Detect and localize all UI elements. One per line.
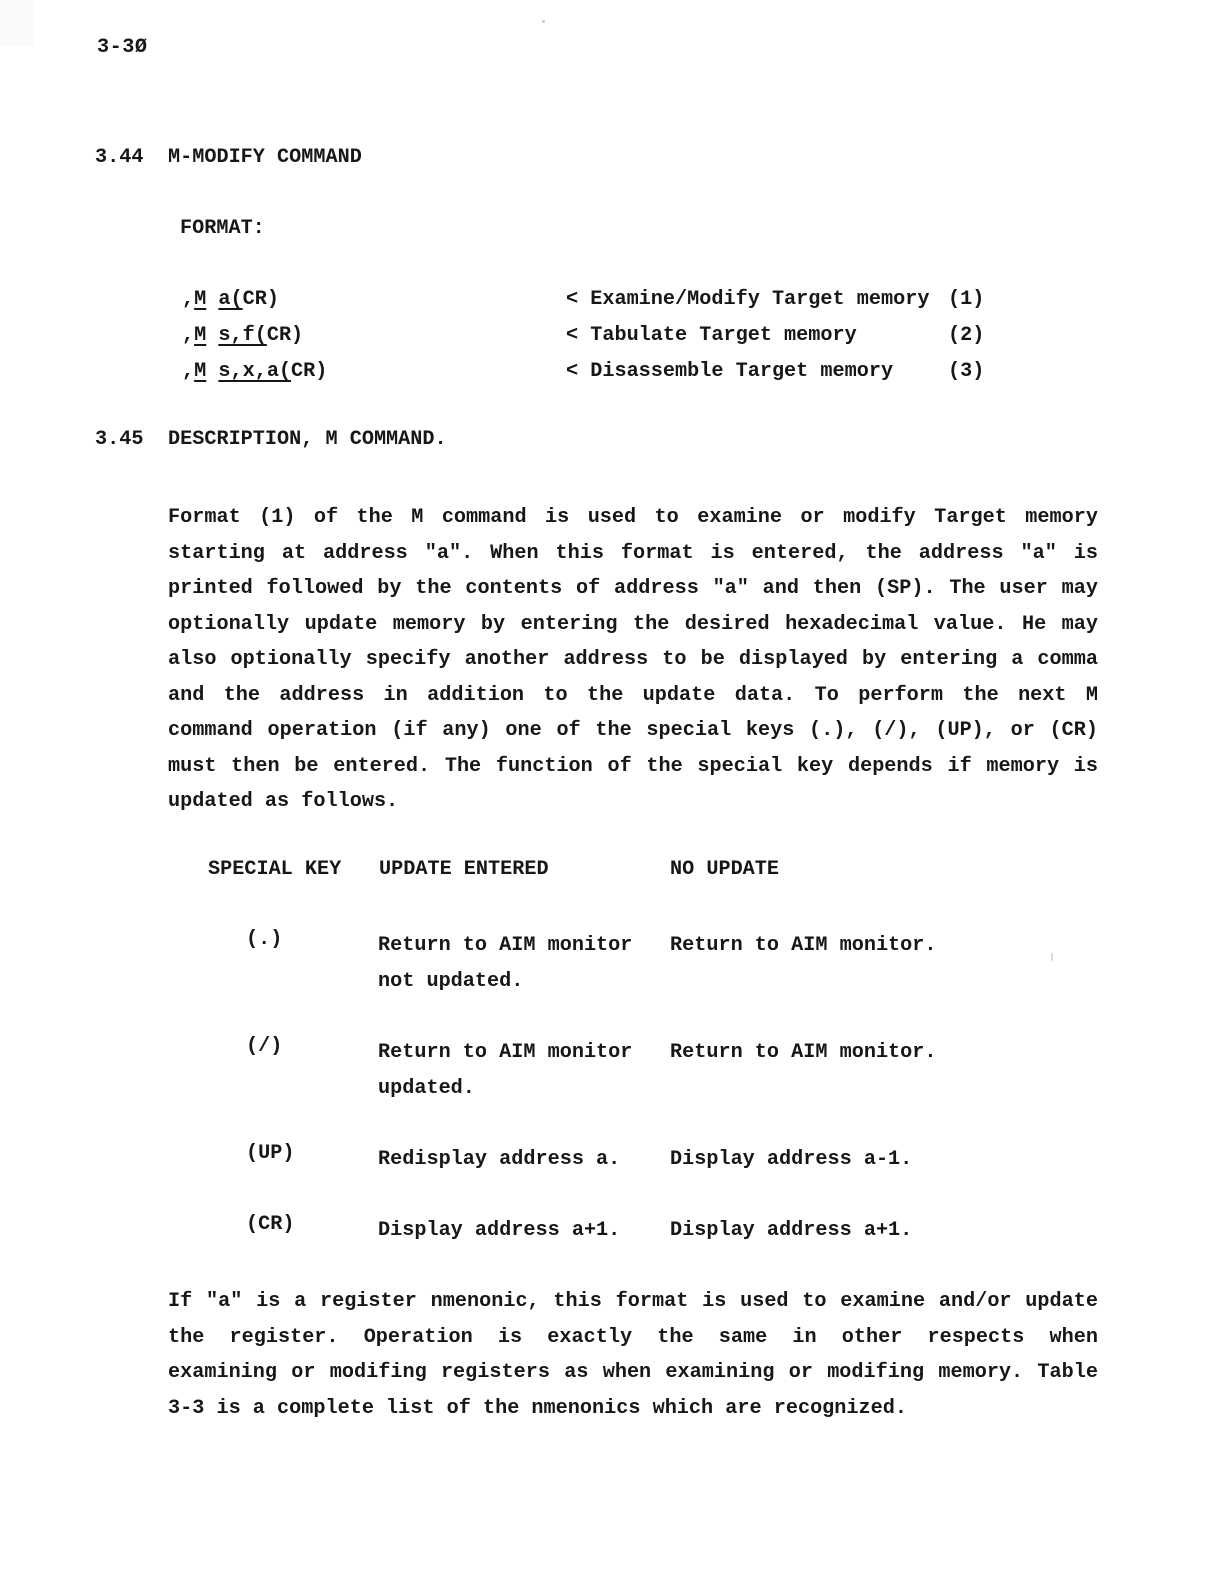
command-letter-underlined: M: [194, 360, 206, 383]
scan-speck: [542, 20, 545, 23]
command-letter-underlined: M: [194, 324, 206, 347]
command-letter-underlined: M: [194, 288, 206, 311]
update-line: updated.: [378, 1071, 668, 1107]
format-label: FORMAT:: [180, 217, 265, 240]
command-text: ,Ma(CR): [182, 288, 279, 311]
paragraph-line: examining or modifing registers as when …: [168, 1355, 1098, 1391]
command-rest: CR): [243, 288, 279, 311]
command-prefix: ,: [182, 288, 194, 311]
special-key-cell: (.): [246, 928, 282, 951]
format-number: (3): [948, 360, 984, 383]
description-paragraph: Format (1) of the M command is used to e…: [168, 500, 1098, 820]
section-heading-3-45: 3.45 DESCRIPTION, M COMMAND.: [95, 428, 447, 451]
command-text: ,Ms,f(CR): [182, 324, 303, 347]
scan-speck: [1051, 953, 1053, 961]
no-update-cell: Display address a+1.: [670, 1213, 970, 1249]
paragraph-line: must then be entered. The function of th…: [168, 749, 1098, 785]
paragraph-line: If "a" is a register nmenonic, this form…: [168, 1284, 1098, 1320]
paragraph-line: also optionally specify another address …: [168, 642, 1098, 678]
special-key-table-header: SPECIAL KEY UPDATE ENTERED NO UPDATE: [0, 858, 1224, 884]
special-key-cell: (/): [246, 1035, 282, 1058]
section-title: M-MODIFY COMMAND: [168, 146, 362, 169]
section-number: 3.44: [95, 146, 168, 169]
update-entered-cell: Return to AIM monitor not updated.: [378, 928, 668, 999]
command-prefix: ,: [182, 360, 194, 383]
closing-paragraph: If "a" is a register nmenonic, this form…: [168, 1284, 1098, 1426]
no-update-cell: Return to AIM monitor.: [670, 928, 970, 964]
special-key-cell: (CR): [246, 1213, 294, 1236]
paragraph-line: Format (1) of the M command is used to e…: [168, 500, 1098, 536]
page-number: 3-3Ø: [97, 36, 147, 59]
format-line-tabulate: ,Ms,f(CR) < Tabulate Target memory (2): [182, 324, 1182, 360]
paragraph-line: updated as follows.: [168, 784, 1098, 820]
format-description: < Examine/Modify Target memory: [566, 288, 929, 311]
command-args-underlined: s,x,a(: [218, 360, 291, 383]
no-update-cell: Display address a-1.: [670, 1142, 970, 1178]
format-description: < Disassemble Target memory: [566, 360, 893, 383]
column-header-update-entered: UPDATE ENTERED: [379, 858, 549, 881]
format-line-examine-modify: ,Ma(CR) < Examine/Modify Target memory (…: [182, 288, 1182, 324]
scan-smudge: [0, 0, 34, 46]
format-line-disassemble: ,Ms,x,a(CR) < Disassemble Target memory …: [182, 360, 1182, 396]
section-heading-3-44: 3.44 M-MODIFY COMMAND: [95, 146, 362, 169]
command-args-underlined: s,f(: [218, 324, 266, 347]
update-entered-cell: Display address a+1.: [378, 1213, 668, 1249]
format-description: < Tabulate Target memory: [566, 324, 857, 347]
section-number: 3.45: [95, 428, 168, 451]
command-text: ,Ms,x,a(CR): [182, 360, 327, 383]
paragraph-line: printed followed by the contents of addr…: [168, 571, 1098, 607]
command-prefix: ,: [182, 324, 194, 347]
paragraph-line: starting at address "a". When this forma…: [168, 536, 1098, 572]
update-line: Display address a+1.: [378, 1213, 668, 1249]
paragraph-line: the register. Operation is exactly the s…: [168, 1320, 1098, 1356]
command-rest: CR): [291, 360, 327, 383]
format-number: (2): [948, 324, 984, 347]
paragraph-line: 3-3 is a complete list of the nmenonics …: [168, 1391, 1098, 1427]
update-entered-cell: Redisplay address a.: [378, 1142, 668, 1178]
update-line: not updated.: [378, 964, 668, 1000]
section-title: DESCRIPTION, M COMMAND.: [168, 428, 447, 451]
paragraph-line: and the address in addition to the updat…: [168, 678, 1098, 714]
no-update-cell: Return to AIM monitor.: [670, 1035, 970, 1071]
command-args-underlined: a(: [218, 288, 242, 311]
command-rest: CR): [267, 324, 303, 347]
column-header-no-update: NO UPDATE: [670, 858, 779, 881]
paragraph-line: optionally update memory by entering the…: [168, 607, 1098, 643]
document-page: 3-3Ø 3.44 M-MODIFY COMMAND FORMAT: ,Ma(C…: [0, 0, 1224, 1582]
update-line: Return to AIM monitor: [378, 1035, 668, 1071]
update-line: Return to AIM monitor: [378, 928, 668, 964]
format-block: ,Ma(CR) < Examine/Modify Target memory (…: [182, 288, 1182, 396]
update-entered-cell: Return to AIM monitor updated.: [378, 1035, 668, 1106]
format-number: (1): [948, 288, 984, 311]
update-line: Redisplay address a.: [378, 1142, 668, 1178]
column-header-special-key: SPECIAL KEY: [208, 858, 341, 881]
paragraph-line: command operation (if any) one of the sp…: [168, 713, 1098, 749]
special-key-cell: (UP): [246, 1142, 294, 1165]
